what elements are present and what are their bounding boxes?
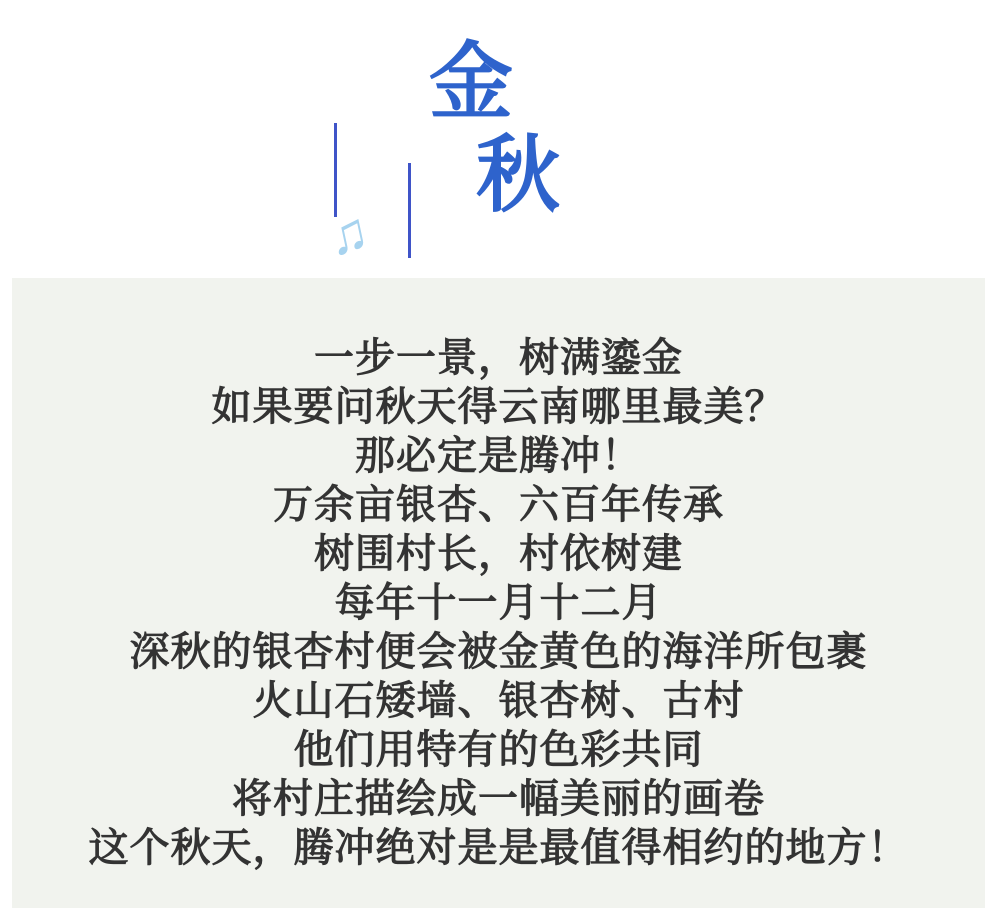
poem-line: 每年十一月十二月 [12, 579, 985, 628]
poem-line: 将村庄描绘成一幅美丽的画卷 [12, 775, 985, 824]
poem-line: 如果要问秋天得云南哪里最美？ [12, 383, 985, 432]
poem-line: 他们用特有的色彩共同 [12, 726, 985, 775]
content-panel: 一步一景，树满鎏金如果要问秋天得云南哪里最美？那必定是腾冲！万余亩银杏、六百年传… [12, 278, 985, 908]
poem-line: 那必定是腾冲！ [12, 432, 985, 481]
poem: 一步一景，树满鎏金如果要问秋天得云南哪里最美？那必定是腾冲！万余亩银杏、六百年传… [12, 278, 985, 873]
poem-line: 万余亩银杏、六百年传承 [12, 481, 985, 530]
decor-vertical-line-right [408, 163, 411, 258]
decor-vertical-line-left [334, 123, 337, 217]
title-char-jin: 金 [429, 40, 513, 124]
poem-line: 火山石矮墙、银杏树、古村 [12, 677, 985, 726]
article-page: 金 秋 ♫ 一步一景，树满鎏金如果要问秋天得云南哪里最美？那必定是腾冲！万余亩银… [0, 0, 1000, 923]
poem-line: 这个秋天，腾冲绝对是是最值得相约的地方！ [12, 824, 985, 873]
poem-line: 深秋的银杏村便会被金黄色的海洋所包裹 [12, 628, 985, 677]
poem-line: 树围村长，村依树建 [12, 530, 985, 579]
title-char-qiu: 秋 [476, 133, 560, 217]
music-note-icon: ♫ [323, 203, 374, 264]
header: 金 秋 ♫ [0, 0, 1000, 278]
poem-line: 一步一景，树满鎏金 [12, 334, 985, 383]
